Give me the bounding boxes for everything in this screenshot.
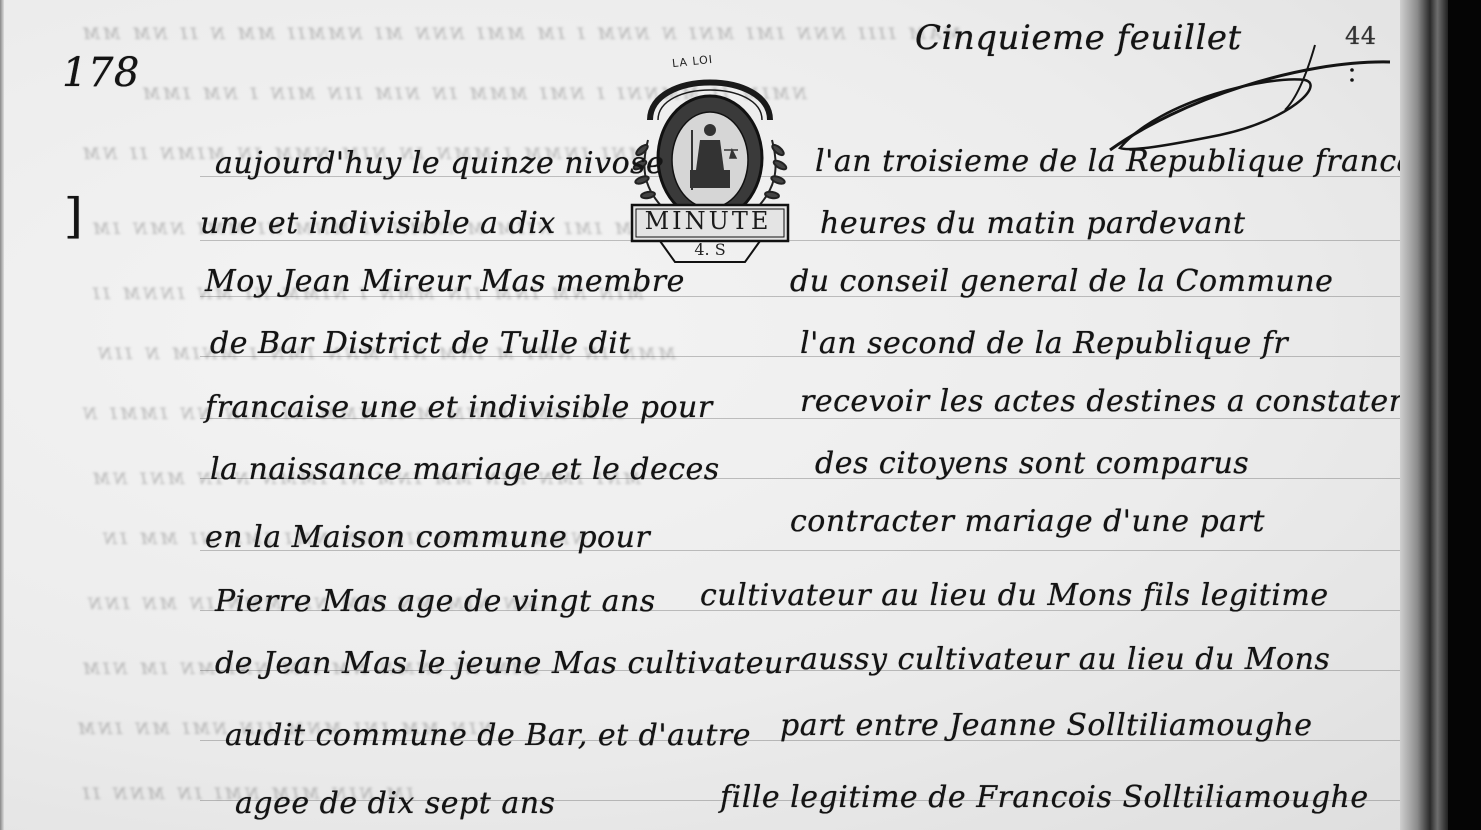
stamp-plate-text: MINUTE <box>632 204 784 238</box>
record-line-6-right: des citoyens sont comparus <box>815 446 1249 481</box>
record-line-10-right: part entre Jeanne Solltiliamoughe <box>780 708 1313 743</box>
flourish-paraph-icon <box>1100 40 1400 160</box>
record-line-1-right: l'an troisieme de la Republique francais… <box>815 144 1440 179</box>
margin-bracket-mark: ] <box>64 188 83 244</box>
record-line-11-left: agee de dix sept ans <box>235 786 555 821</box>
record-line-3-left: Moy Jean Mireur Mas membre <box>205 264 685 299</box>
record-line-9-right: aussy cultivateur au lieu du Mons <box>800 642 1330 677</box>
record-line-8-left: Pierre Mas age de vingt ans <box>215 584 656 619</box>
record-line-5-left: francaise une et indivisible pour <box>205 390 713 425</box>
record-line-8-right: cultivateur au lieu du Mons fils legitim… <box>700 578 1329 613</box>
record-line-10-left: audit commune de Bar, et d'autre <box>225 718 751 753</box>
record-line-2-left: une et indivisible a dix <box>200 206 556 241</box>
margin-record-number: 178 <box>62 50 140 96</box>
record-line-4-left: de Bar District de Tulle dit <box>210 326 631 361</box>
binding-edge <box>1400 0 1450 830</box>
manuscript-page: ᴍᴀᴍ ɪɪɪɪ ɴɴɴ ɪᴍɪ ᴍɴɪ ɴ ɴɴᴍ ɪ ɪᴍ ᴍᴍɪ ɴɴɴ … <box>0 0 1440 830</box>
record-line-7-left: en la Maison commune pour <box>205 520 650 555</box>
stamp-value-text: 4. S <box>680 240 740 259</box>
page-left-edge <box>0 0 4 830</box>
record-line-4-right: l'an second de la Republique fr <box>800 326 1288 361</box>
record-line-6-left: la naissance mariage et le deces <box>210 452 720 487</box>
record-line-5-right: recevoir les actes destines a constater <box>800 384 1403 419</box>
record-line-9-left: de Jean Mas le jeune Mas cultivateur <box>215 646 799 681</box>
record-line-7-right: contracter mariage d'une part <box>790 504 1265 539</box>
record-line-2-right: heures du matin pardevant <box>820 206 1245 241</box>
binding-shadow <box>1448 0 1481 830</box>
record-line-11-right: fille legitime de Francois Solltiliamoug… <box>720 780 1369 815</box>
record-line-3-right: du conseil general de la Commune <box>790 264 1333 299</box>
bleed-through-text: ᴍᴀᴍ ɪɪɪɪ ɴɴɴ ɪᴍɪ ᴍɴɪ ɴ ɴɴᴍ ɪ ɪᴍ ᴍᴍɪ ɴɴɴ … <box>80 20 961 45</box>
record-line-1-left: aujourd'huy le quinze nivose <box>215 146 664 181</box>
